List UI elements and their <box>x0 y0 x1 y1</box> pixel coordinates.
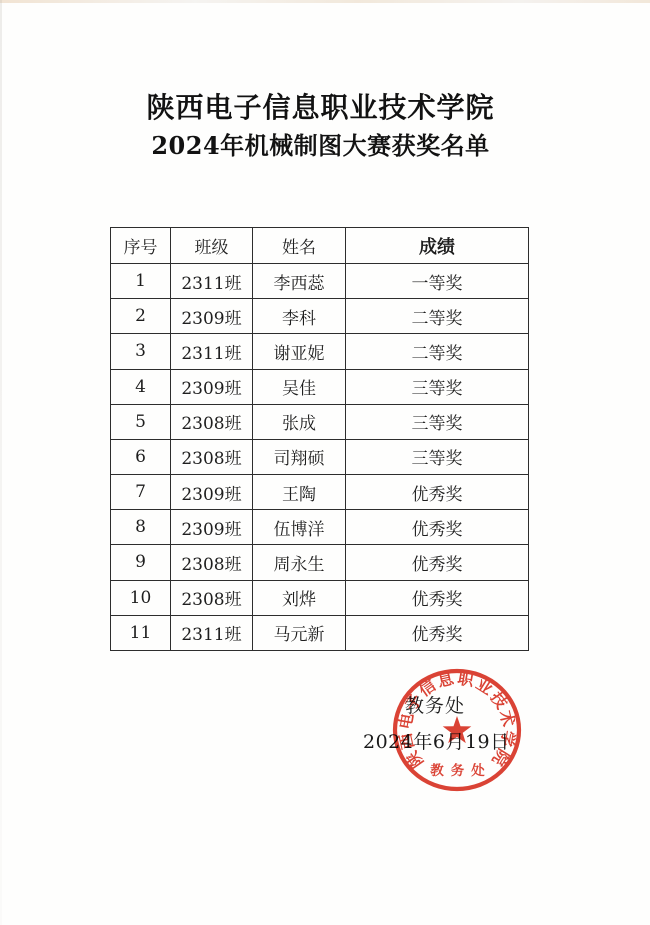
cell-class: 2311班 <box>171 264 253 299</box>
table-row: 1 2311班 李西蕊 一等奖 <box>111 264 529 299</box>
cell-award: 优秀奖 <box>346 615 529 650</box>
cell-award: 优秀奖 <box>346 580 529 615</box>
cell-no: 1 <box>111 264 171 299</box>
cell-class: 2311班 <box>171 615 253 650</box>
table-row: 11 2311班 马元新 优秀奖 <box>111 615 529 650</box>
table-row: 7 2309班 王陶 优秀奖 <box>111 475 529 510</box>
cell-name: 伍博洋 <box>253 510 346 545</box>
department-signature-text: 教务处 <box>405 691 465 718</box>
table-row: 2 2309班 李科 二等奖 <box>111 299 529 334</box>
cell-name: 李科 <box>253 299 346 334</box>
cell-no: 6 <box>111 439 171 474</box>
cell-class: 2308班 <box>171 545 253 580</box>
table-row: 5 2308班 张成 三等奖 <box>111 404 529 439</box>
cell-award: 三等奖 <box>346 369 529 404</box>
cell-class: 2309班 <box>171 369 253 404</box>
cell-class: 2311班 <box>171 334 253 369</box>
cell-award: 二等奖 <box>346 334 529 369</box>
seal-department-text: 教务处 <box>430 762 492 779</box>
cell-no: 8 <box>111 510 171 545</box>
cell-name: 马元新 <box>253 615 346 650</box>
cell-award: 二等奖 <box>346 299 529 334</box>
cell-name: 司翔硕 <box>253 439 346 474</box>
cell-name: 吴佳 <box>253 369 346 404</box>
cell-class: 2308班 <box>171 404 253 439</box>
cell-name: 谢亚妮 <box>253 334 346 369</box>
cell-no: 11 <box>111 615 171 650</box>
table-row: 8 2309班 伍博洋 优秀奖 <box>111 510 529 545</box>
cell-award: 优秀奖 <box>346 545 529 580</box>
column-header-class: 班级 <box>171 228 253 264</box>
cell-name: 李西蕊 <box>253 264 346 299</box>
cell-name: 周永生 <box>253 545 346 580</box>
cell-name: 刘烨 <box>253 580 346 615</box>
table-row: 10 2308班 刘烨 优秀奖 <box>111 580 529 615</box>
awards-table-body: 1 2311班 李西蕊 一等奖 2 2309班 李科 二等奖 3 2311班 谢… <box>111 264 529 651</box>
table-row: 4 2309班 吴佳 三等奖 <box>111 369 529 404</box>
cell-no: 4 <box>111 369 171 404</box>
cell-class: 2309班 <box>171 299 253 334</box>
cell-no: 10 <box>111 580 171 615</box>
cell-no: 9 <box>111 545 171 580</box>
cell-no: 7 <box>111 475 171 510</box>
seal-ring-text: 陕西电子信息职业技术学院 <box>396 669 519 772</box>
cell-no: 3 <box>111 334 171 369</box>
cell-class: 2309班 <box>171 475 253 510</box>
signature-date-text: 2024年6月19日 <box>363 727 510 754</box>
table-row: 6 2308班 司翔硕 三等奖 <box>111 439 529 474</box>
table-header-row: 序号 班级 姓名 成绩 <box>111 228 529 264</box>
cell-class: 2309班 <box>171 510 253 545</box>
cell-award: 一等奖 <box>346 264 529 299</box>
column-header-score: 成绩 <box>346 228 529 264</box>
cell-award: 优秀奖 <box>346 475 529 510</box>
awards-table: 序号 班级 姓名 成绩 1 2311班 李西蕊 一等奖 2 2309班 李科 二… <box>110 227 529 651</box>
column-header-name: 姓名 <box>253 228 346 264</box>
cell-name: 张成 <box>253 404 346 439</box>
cell-class: 2308班 <box>171 580 253 615</box>
table-row: 9 2308班 周永生 优秀奖 <box>111 545 529 580</box>
cell-award: 优秀奖 <box>346 510 529 545</box>
cell-no: 5 <box>111 404 171 439</box>
document-subtitle: 2024年机械制图大赛获奖名单 <box>0 126 641 161</box>
cell-award: 三等奖 <box>346 404 529 439</box>
scan-top-edge-artifact <box>0 0 650 3</box>
table-row: 3 2311班 谢亚妮 二等奖 <box>111 334 529 369</box>
cell-award: 三等奖 <box>346 439 529 474</box>
scanned-document-page: 陕西电子信息职业技术学院 2024年机械制图大赛获奖名单 序号 班级 姓名 成绩… <box>0 0 650 925</box>
column-header-no: 序号 <box>111 228 171 264</box>
cell-class: 2308班 <box>171 439 253 474</box>
document-title: 陕西电子信息职业技术学院 <box>0 86 641 126</box>
cell-no: 2 <box>111 299 171 334</box>
cell-name: 王陶 <box>253 475 346 510</box>
